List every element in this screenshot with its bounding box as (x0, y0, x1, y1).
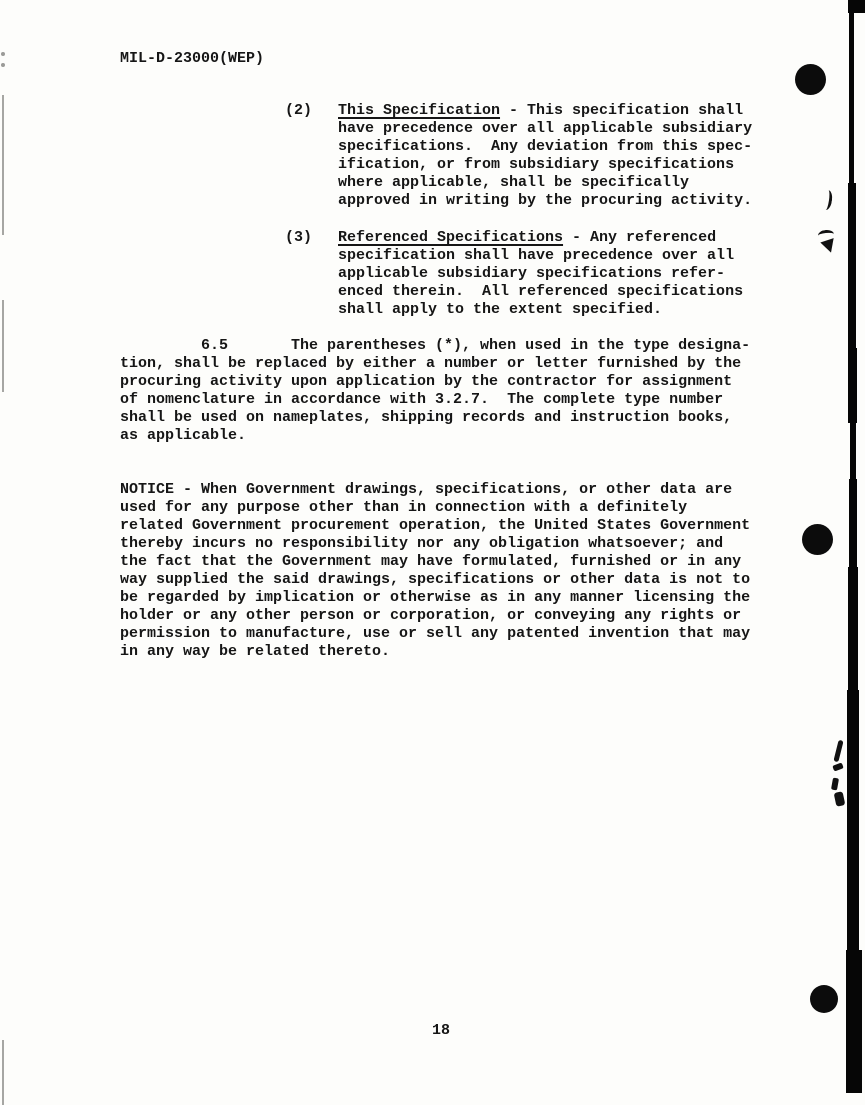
item-2-heading: This Specification (338, 102, 500, 119)
spec-id-header: MIL-D-23000(WEP) (120, 50, 264, 68)
scanned-document-page: MIL-D-23000(WEP) (2) This Specification … (0, 0, 865, 1105)
ink-mark (833, 740, 843, 763)
item-3-content: Referenced Specifications - Any referenc… (338, 229, 743, 319)
scan-edge-line (2, 95, 4, 235)
scan-edge-line (2, 300, 4, 392)
item-3-first-line: Referenced Specifications - Any referenc… (338, 229, 743, 247)
paragraph-6-5: 6.5 The parentheses (*), when used in th… (120, 337, 750, 445)
scan-edge-bar (848, 183, 856, 350)
item-3-body: specification shall have precedence over… (338, 247, 743, 319)
ink-mark (831, 778, 839, 791)
ink-mark (834, 791, 846, 807)
scan-edge-line (2, 1040, 4, 1105)
scan-edge-bar (848, 567, 858, 692)
item-2-heading-rest: - This specification shall (500, 102, 743, 119)
notice-paragraph: NOTICE - When Government drawings, speci… (120, 481, 750, 661)
item-2-body: have precedence over all applicable subs… (338, 120, 752, 210)
scan-edge-bar (848, 348, 857, 423)
page-number: 18 (432, 1022, 450, 1040)
punch-hole-mark-middle (802, 524, 833, 555)
item-2-first-line: This Specification - This specification … (338, 102, 752, 120)
scan-edge-bar (849, 0, 854, 185)
item-3-heading-rest: - Any referenced (563, 229, 716, 246)
item-2-number: (2) (285, 102, 338, 210)
scan-edge-bar (847, 690, 859, 952)
scan-edge-bar (846, 950, 862, 1093)
ink-mark (821, 189, 834, 210)
list-item-2: (2) This Specification - This specificat… (285, 102, 752, 210)
punch-hole-mark-bottom (810, 985, 838, 1013)
scan-edge-bar (850, 421, 856, 481)
scan-edge-bar (849, 479, 857, 569)
item-3-heading: Referenced Specifications (338, 229, 563, 246)
item-2-content: This Specification - This specification … (338, 102, 752, 210)
list-item-3: (3) Referenced Specifications - Any refe… (285, 229, 743, 319)
ink-mark (832, 762, 843, 771)
ink-mark (820, 238, 837, 255)
item-3-number: (3) (285, 229, 338, 319)
punch-hole-mark-top (795, 64, 826, 95)
scan-corner-mark (1, 52, 5, 56)
